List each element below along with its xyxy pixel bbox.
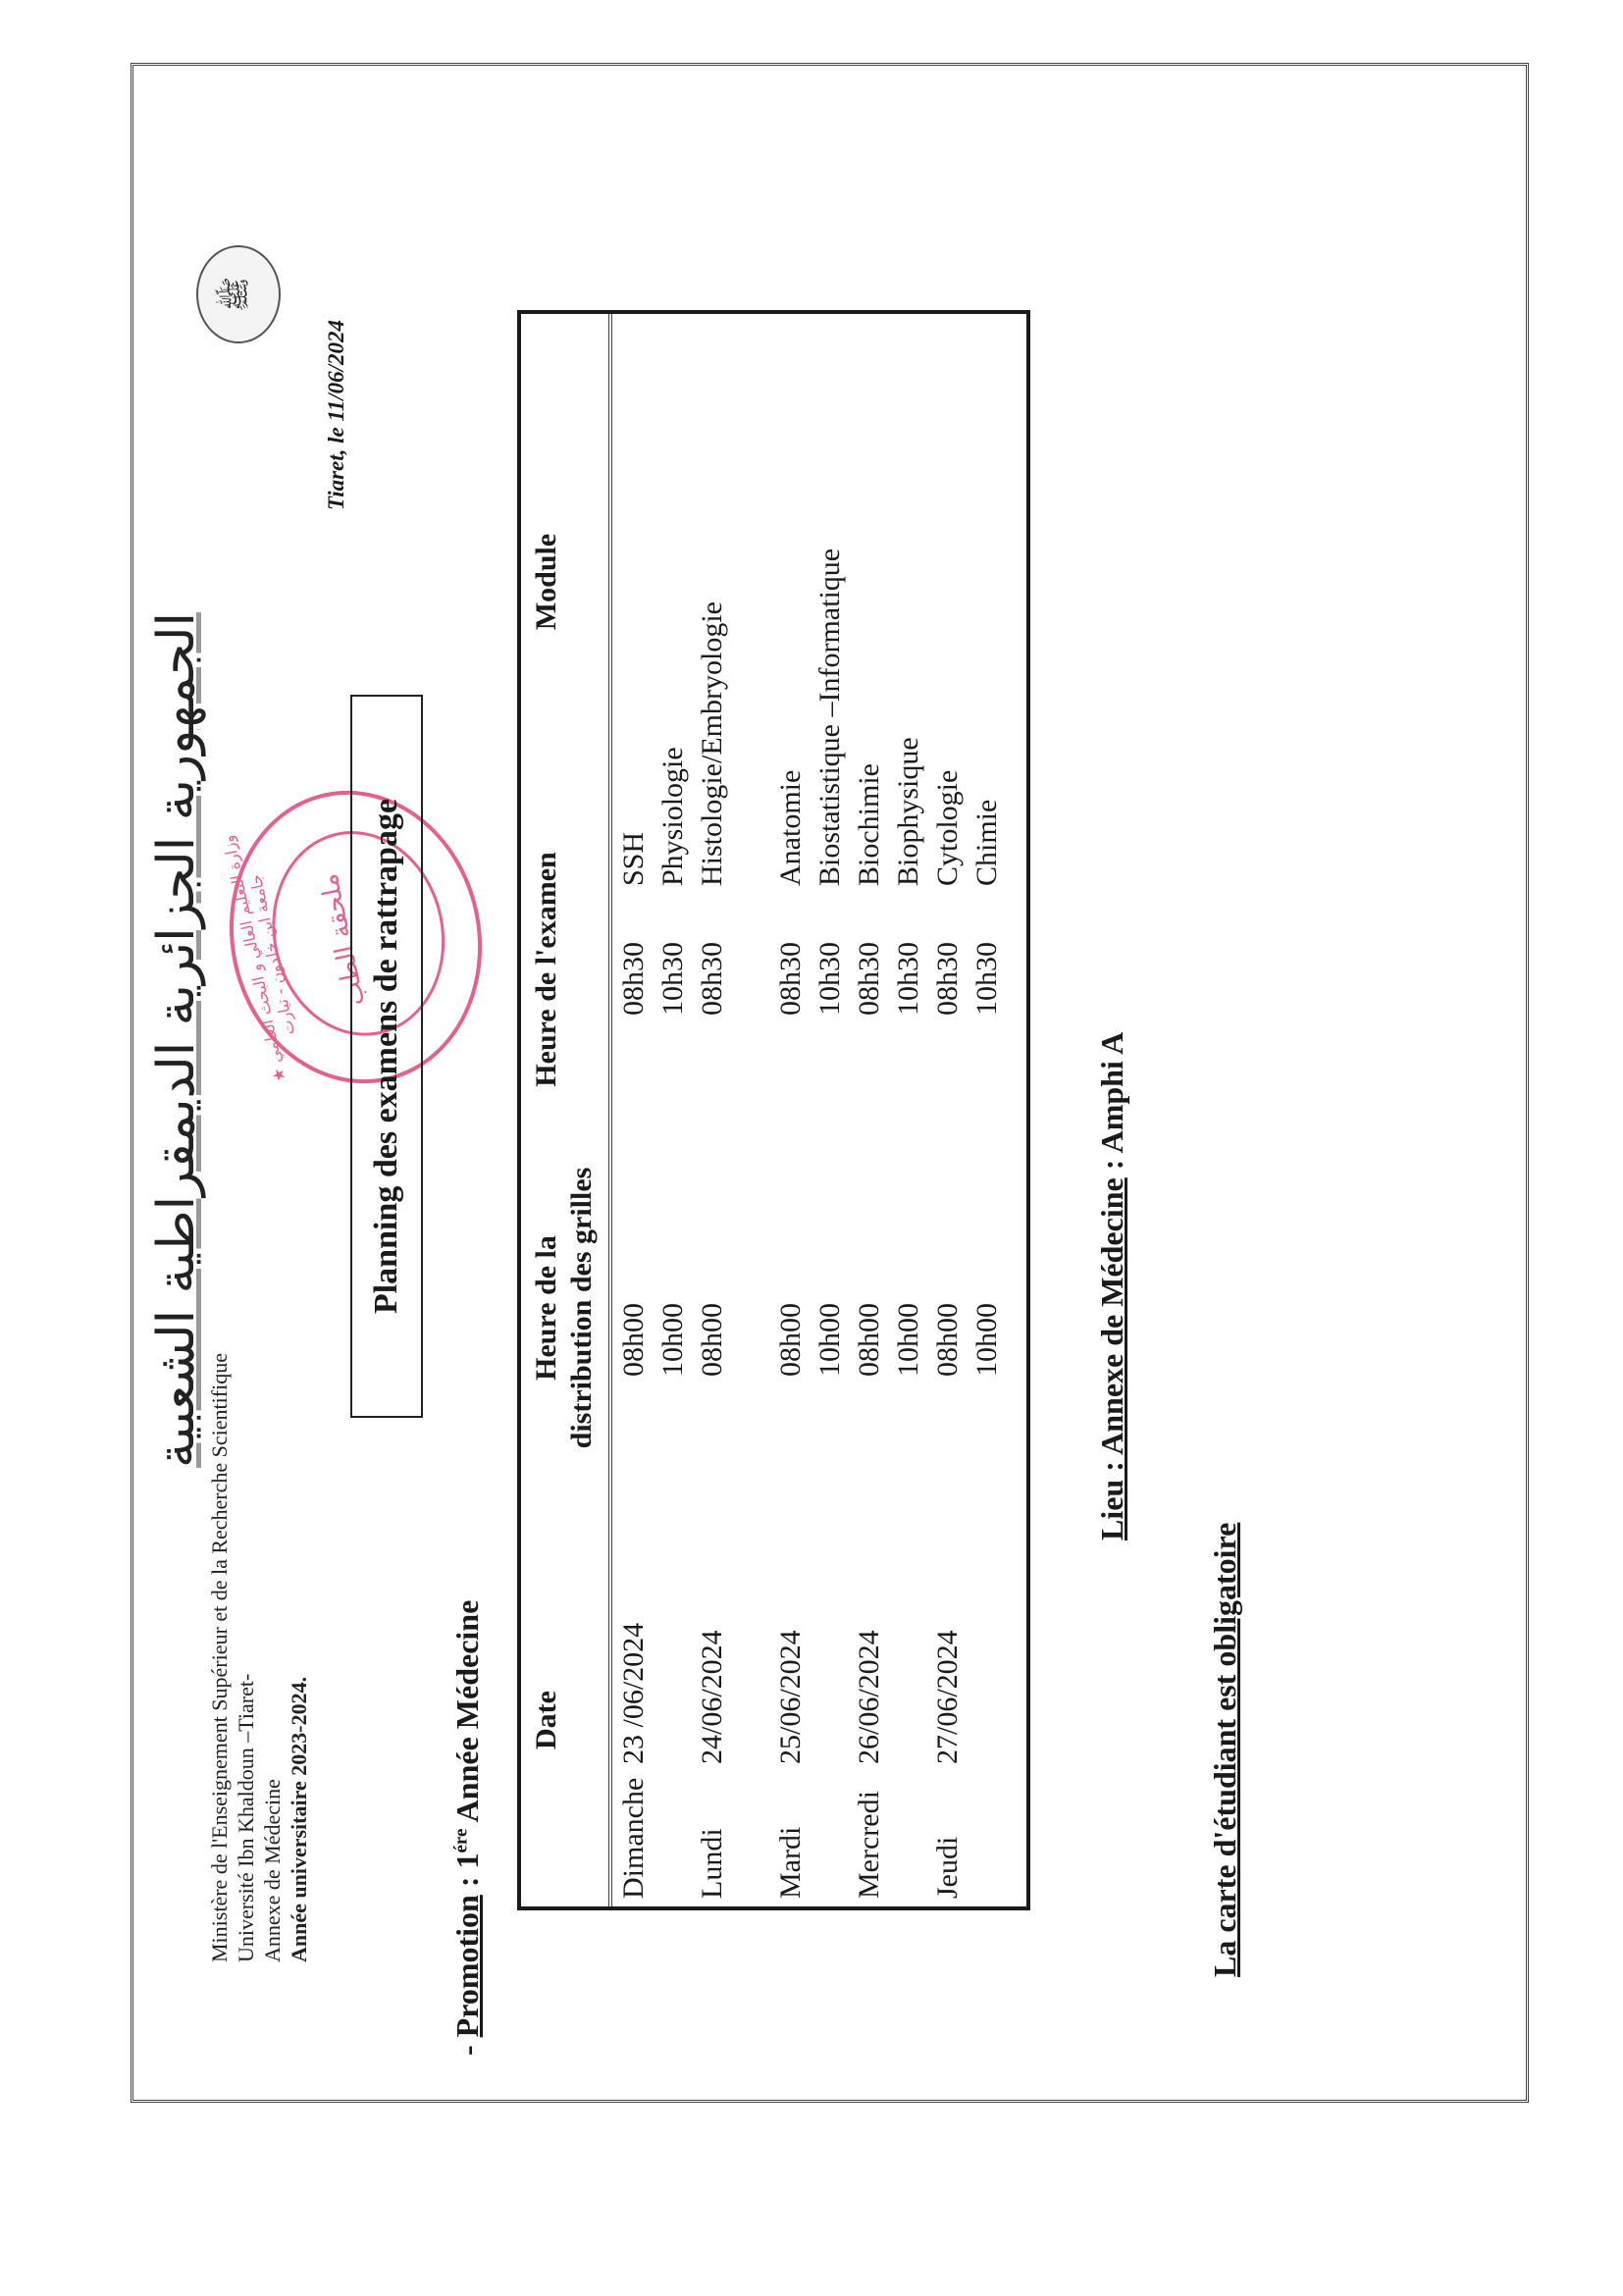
module-cell: Chimie bbox=[969, 800, 1005, 886]
exam-time-cell: 10h30 bbox=[969, 942, 1005, 1016]
exam-time-cell: 10h30 bbox=[812, 942, 848, 1016]
arabic-republic-title: الجمهورية الجزائرية الديمقراطية الشعبية bbox=[147, 599, 206, 1482]
module-cell: Cytologie bbox=[930, 770, 966, 886]
distribution-time-cell: 08h00 bbox=[695, 1303, 730, 1377]
distribution-time-cell: 08h00 bbox=[773, 1303, 809, 1377]
col-header-module: Module bbox=[529, 386, 564, 778]
date-cell: 26/06/2024 bbox=[852, 1630, 887, 1764]
distribution-time-cell: 10h00 bbox=[812, 1303, 848, 1377]
day-cell: Jeudi bbox=[930, 1837, 966, 1899]
promotion-line: - Promotion : 1ére Année Médecine bbox=[449, 1600, 486, 2056]
table-row: Mercredi26/06/202408h0008h30Biochimie bbox=[852, 314, 889, 1906]
table-row: 10h0010h30Biophysique bbox=[891, 314, 928, 1906]
col-header-distribution: Heure de la distribution des grilles bbox=[529, 1131, 600, 1485]
exam-time-cell: 10h30 bbox=[891, 942, 926, 1016]
distribution-time-cell: 08h00 bbox=[930, 1303, 966, 1377]
exam-location: Lieu : Annexe de Médecine : Amphi A bbox=[1094, 1032, 1130, 1540]
table-row: 10h0010h30Physiologie bbox=[655, 314, 693, 1906]
day-cell: Dimanche bbox=[616, 1778, 652, 1899]
university-line: Université Ibn Khaldoun –Tiaret- bbox=[233, 1353, 259, 1962]
table-row: Lundi24/06/202408h0008h30Histologie/Embr… bbox=[695, 314, 732, 1906]
exam-time-cell: 08h30 bbox=[852, 942, 887, 1016]
document-page: الجمهورية الجزائرية الديمقراطية الشعبية … bbox=[0, 0, 1623, 2296]
module-cell: Biostatistique –Informatique bbox=[812, 548, 848, 886]
student-card-notice: La carte d'étudiant est obligatoire bbox=[1207, 1523, 1243, 1977]
module-cell: Physiologie bbox=[655, 747, 691, 886]
promotion-value: Année Médecine bbox=[449, 1600, 485, 1823]
module-cell: Biophysique bbox=[891, 737, 926, 886]
exam-time-cell: 08h30 bbox=[930, 942, 966, 1016]
table-row: 10h0010h30Chimie bbox=[969, 314, 1007, 1906]
institution-header: Ministère de l'Enseignement Supérieur et… bbox=[206, 1353, 312, 1962]
module-cell: Anatomie bbox=[773, 770, 809, 886]
module-cell: Histologie/Embryologie bbox=[695, 601, 730, 886]
module-cell: SSH bbox=[616, 832, 652, 886]
date-cell: 24/06/2024 bbox=[695, 1630, 730, 1764]
date-cell: 27/06/2024 bbox=[930, 1630, 966, 1764]
day-cell: Lundi bbox=[695, 1828, 730, 1899]
calligraphy-seal-icon: ﷺ bbox=[196, 245, 281, 343]
annex-line: Annexe de Médecine bbox=[259, 1353, 286, 1962]
document-date: Tiaret, le 11/06/2024 bbox=[324, 320, 349, 510]
distribution-time-cell: 10h00 bbox=[969, 1303, 1005, 1377]
table-body: Dimanche23 /06/202408h0008h30SSH10h0010h… bbox=[612, 314, 1026, 1906]
date-cell: 23 /06/2024 bbox=[616, 1623, 652, 1764]
table-row: Jeudi27/06/202408h0008h30Cytologie bbox=[930, 314, 968, 1906]
exam-schedule-table: Date Heure de la distribution des grille… bbox=[517, 310, 1030, 1910]
distribution-time-cell: 10h00 bbox=[655, 1303, 691, 1377]
distribution-time-cell: 10h00 bbox=[891, 1303, 926, 1377]
date-cell: 25/06/2024 bbox=[773, 1630, 809, 1764]
exam-time-cell: 08h30 bbox=[773, 942, 809, 1016]
table-header: Date Heure de la distribution des grille… bbox=[521, 314, 612, 1906]
table-row: Mardi25/06/202408h0008h30Anatomie bbox=[773, 314, 811, 1906]
col-header-exam-time: Heure de l'examen bbox=[529, 822, 564, 1117]
day-cell: Mardi bbox=[773, 1827, 809, 1899]
module-cell: Biochimie bbox=[852, 763, 887, 886]
distribution-time-cell: 08h00 bbox=[852, 1303, 887, 1377]
academic-year: Année universitaire 2023-2024. bbox=[286, 1353, 312, 1962]
table-row: 10h0010h30Biostatistique –Informatique bbox=[812, 314, 850, 1906]
distribution-time-cell: 08h00 bbox=[616, 1303, 652, 1377]
exam-time-cell: 10h30 bbox=[655, 942, 691, 1016]
col-header-date: Date bbox=[529, 1573, 564, 1867]
ministry-line: Ministère de l'Enseignement Supérieur et… bbox=[206, 1353, 233, 1962]
day-cell: Mercredi bbox=[852, 1791, 887, 1899]
exam-time-cell: 08h30 bbox=[695, 942, 730, 1016]
table-row: Dimanche23 /06/202408h0008h30SSH bbox=[616, 314, 654, 1906]
promotion-label: Promotion bbox=[449, 1895, 485, 2037]
page-title: Planning des examens de rattrapage bbox=[350, 695, 423, 1418]
exam-time-cell: 08h30 bbox=[616, 942, 652, 1016]
